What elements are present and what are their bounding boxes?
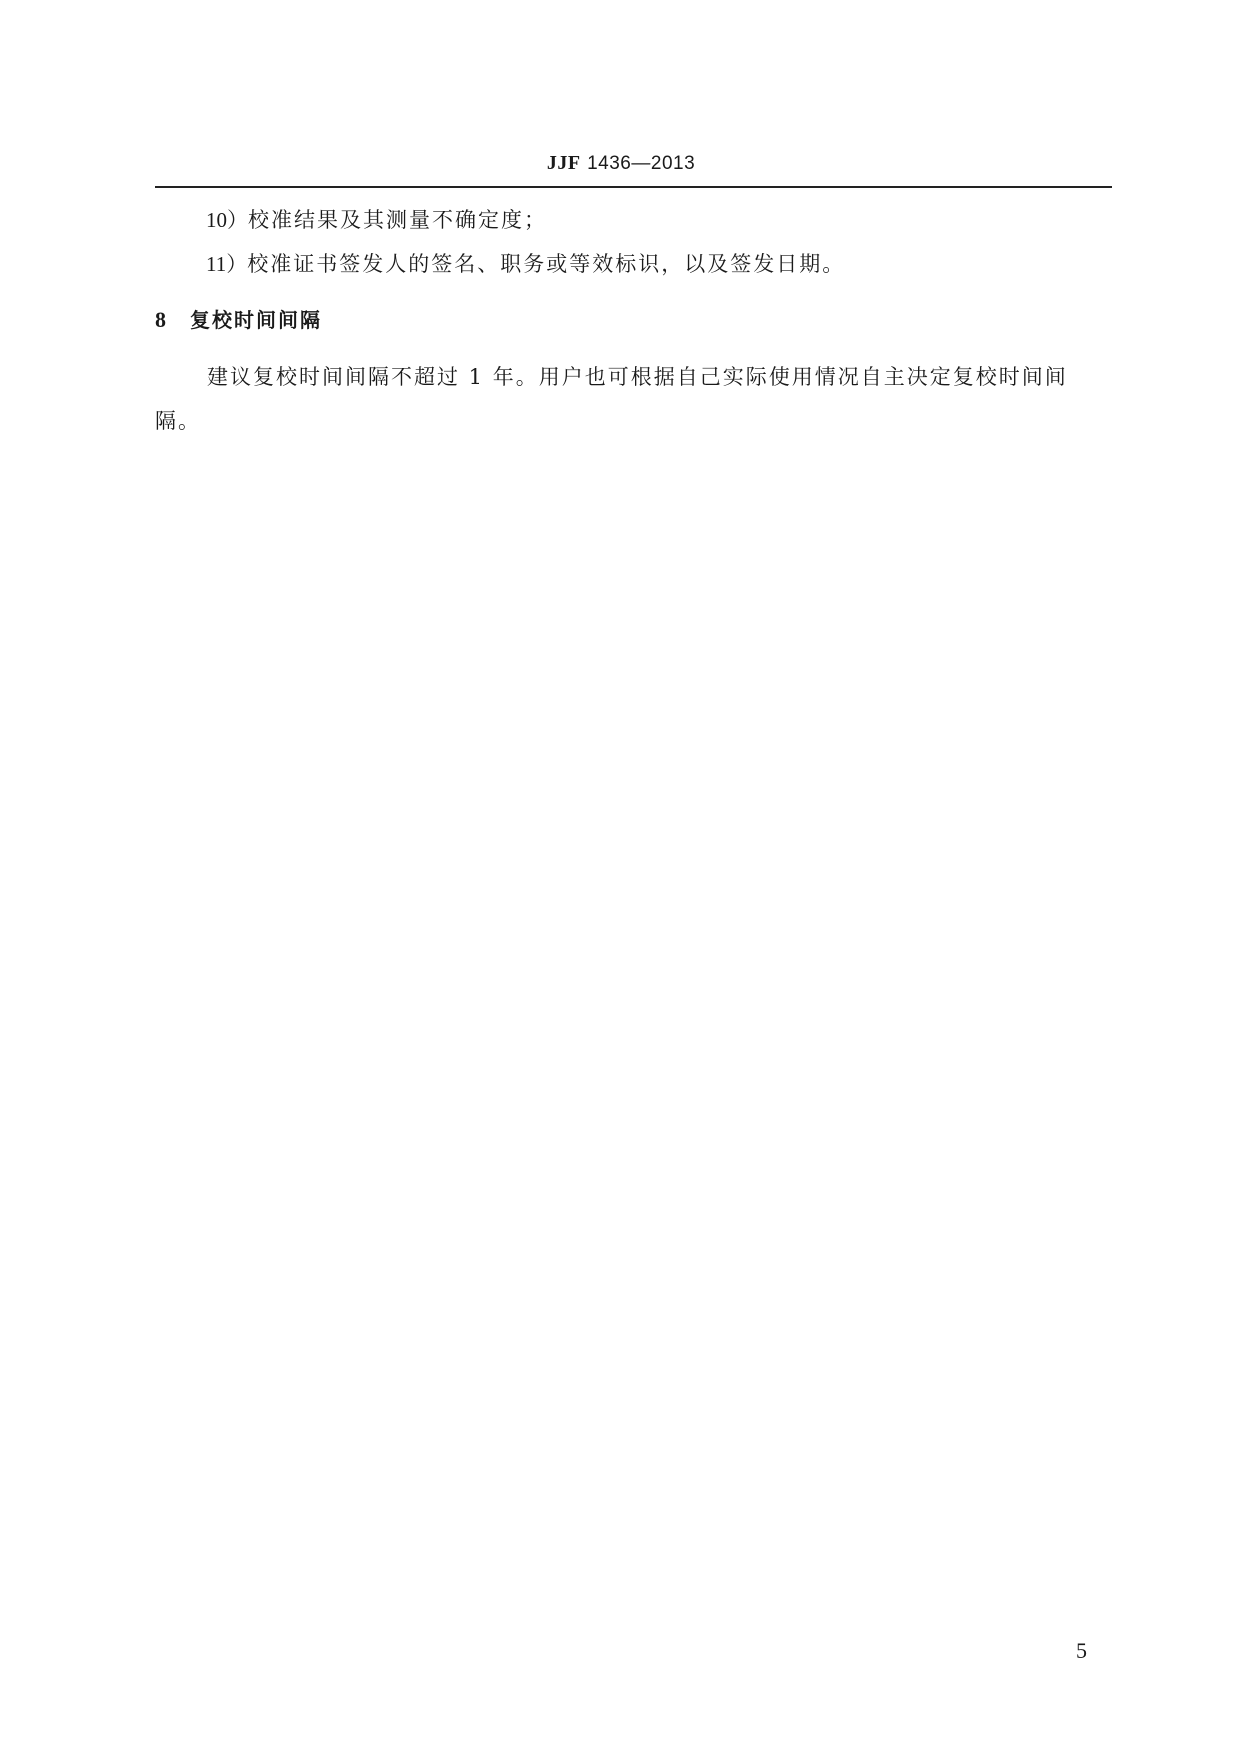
standard-number: 1436—2013 <box>587 153 695 174</box>
page-number: 5 <box>1076 1638 1087 1664</box>
list-item-number: 10） <box>206 208 248 232</box>
section-number: 8 <box>155 307 168 332</box>
standard-code: JJF <box>547 152 581 174</box>
document-header: JJF 1436—2013 <box>0 152 1242 175</box>
section-paragraph: 建议复校时间间隔不超过 1 年。用户也可根据自己实际使用情况自主决定复校时间间隔… <box>155 355 1112 443</box>
section-heading: 8复校时间间隔 <box>155 305 322 335</box>
list-item: 10）校准结果及其测量不确定度； <box>206 205 547 235</box>
header-divider <box>155 186 1112 188</box>
list-item-text: 校准证书签发人的签名、职务或等效标识，以及签发日期。 <box>247 252 845 276</box>
list-item-number: 11） <box>206 252 247 276</box>
list-item-text: 校准结果及其测量不确定度； <box>248 208 547 232</box>
list-item: 11）校准证书签发人的签名、职务或等效标识，以及签发日期。 <box>206 249 845 279</box>
section-title: 复校时间间隔 <box>190 308 322 332</box>
